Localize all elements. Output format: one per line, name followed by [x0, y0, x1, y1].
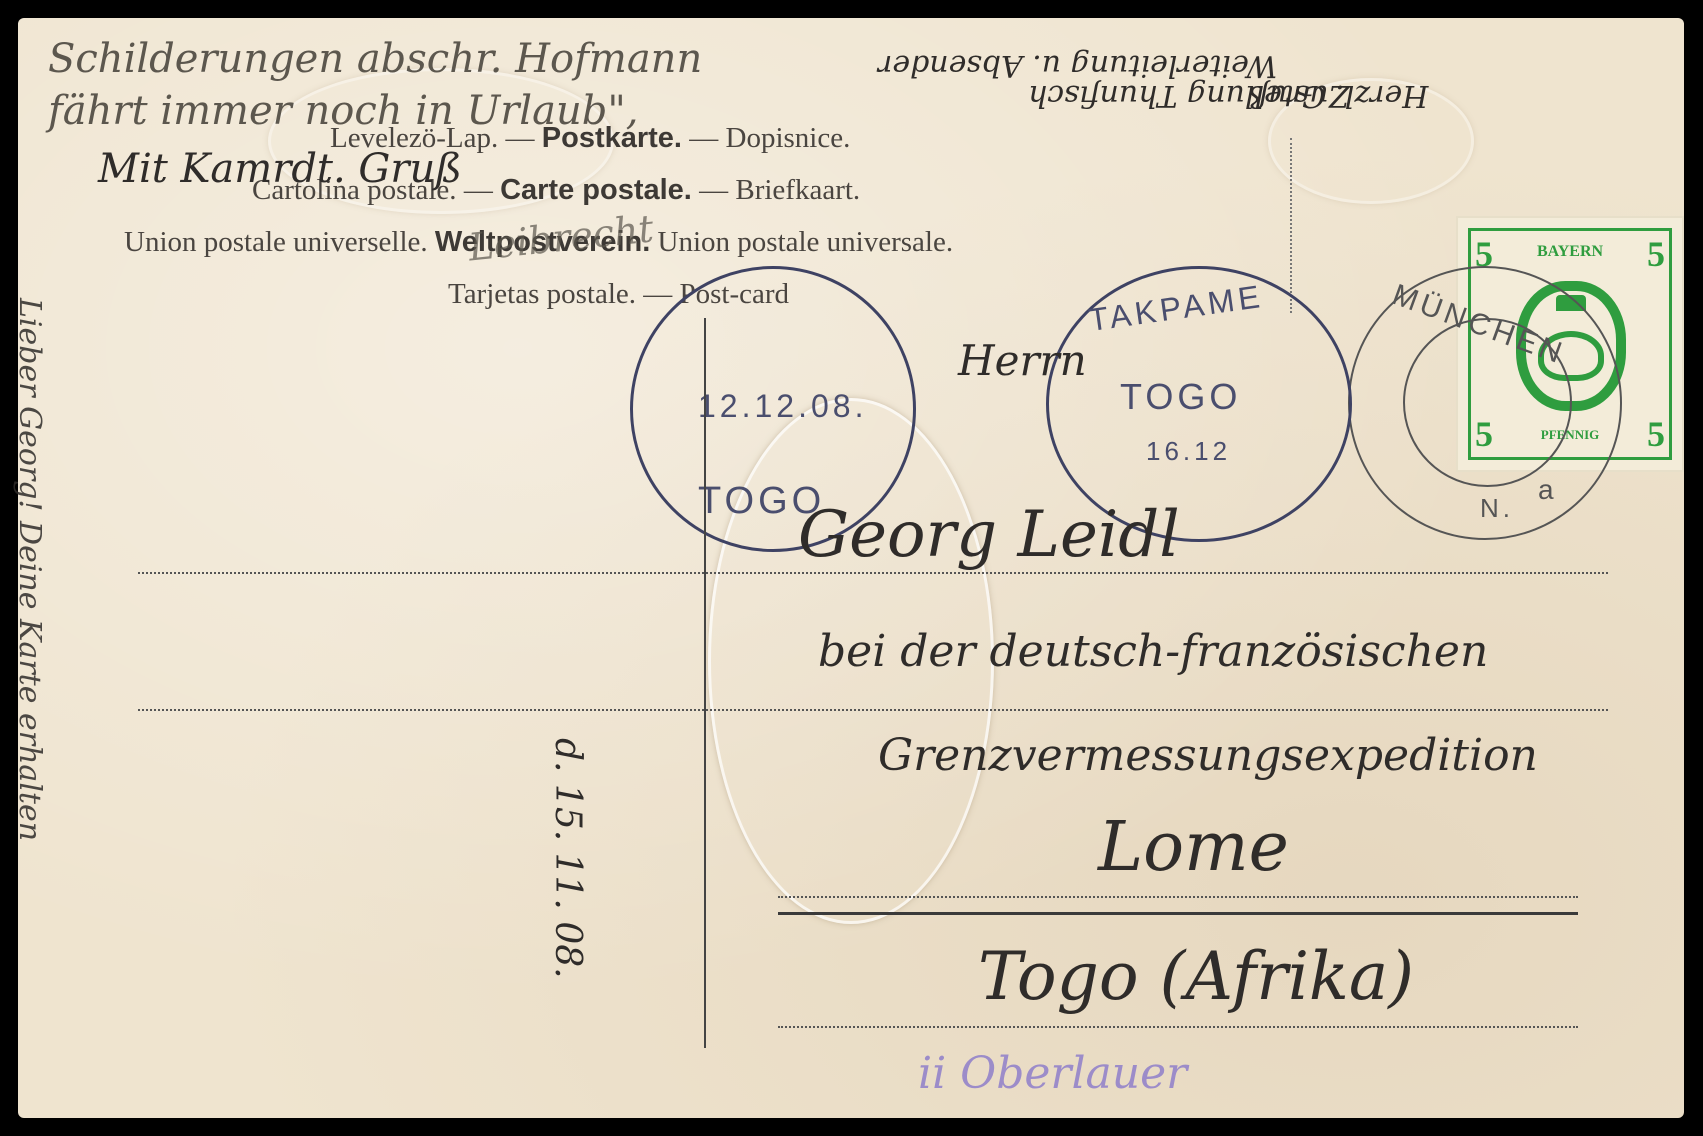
handwriting-top-right-3: Herzl. Gruß [1248, 78, 1428, 113]
takpame-postmark-date: 16.12 [1146, 436, 1231, 467]
address-dotted-line-4 [778, 1026, 1578, 1028]
handwriting-top-left-3: Mit Kamrdt. Gruß [98, 146, 462, 192]
stamp-area-outline [1290, 138, 1294, 313]
message-vertical-text: Lieber Georg! Deine Karte erhalten für d… [48, 298, 608, 1098]
handwriting-pencil-note: Leibrecht [466, 206, 655, 269]
separator: — [692, 174, 736, 206]
address-line-3: Grenzvermessungsexpedition [878, 730, 1538, 781]
address-solid-line [778, 912, 1578, 915]
violet-note: ii Oberlauer [918, 1048, 1187, 1099]
message-text-column: Lieber Georg! Deine Karte erhalten für d… [0, 298, 58, 1058]
address-country: Togo (Afrika) [978, 938, 1414, 1015]
takpame-postmark-place: TOGO [1120, 376, 1241, 418]
togo-postmark-date: 12.12.08. [698, 388, 867, 425]
muenchen-postmark-bottom: N. [1480, 493, 1514, 524]
address-dotted-line-3 [778, 896, 1578, 898]
divider-line [704, 318, 706, 1048]
address-salutation: Herrn [958, 336, 1087, 385]
header-carte-postale: Carte postale. [500, 174, 692, 206]
address-line-2: bei der deutsch-französischen [818, 626, 1488, 677]
message-line: Lieber Georg! Deine Karte erhalten [0, 298, 58, 1058]
stamp-country: BAYERN [1471, 243, 1669, 261]
muenchen-postmark-letter: a [1538, 474, 1558, 506]
handwriting-top-left-1: Schilderungen abschr. Hofmann [48, 36, 702, 82]
separator: — [457, 174, 501, 206]
header-union-universelle: Union postale universelle. [124, 226, 428, 258]
header-union-universale: Union postale universale. [658, 226, 954, 258]
separator: — [682, 122, 726, 154]
address-name: Georg Leidl [798, 498, 1180, 572]
header-briefkaart: Briefkaart. [735, 174, 860, 206]
header-dopisnice: Dopisnice. [726, 122, 851, 154]
handwriting-top-left-2: fährt immer noch in Urlaub", [48, 88, 638, 134]
address-city: Lome [1098, 808, 1289, 887]
postcard: Levelezö-Lap. — Postkarte. — Dopisnice. … [18, 18, 1684, 1118]
